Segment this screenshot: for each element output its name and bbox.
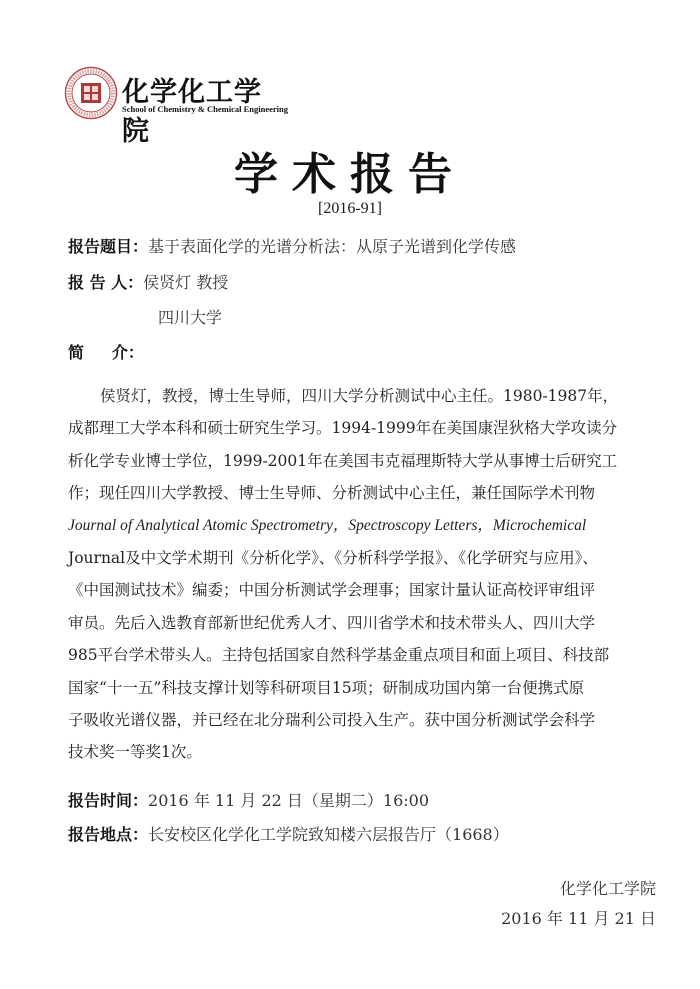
speaker-field: 报 告 人：侯贤灯 教授 bbox=[68, 270, 228, 293]
bio-line: 析化学专业博士学位，1999-2001年在美国韦克福理斯特大学从事博士后研究工 bbox=[68, 445, 636, 477]
topic-label: 报告题目： bbox=[68, 237, 148, 256]
bio-line: 子吸收光谱仪器，并已经在北分瑞利公司投入生产。获中国分析测试学会科学 bbox=[68, 704, 636, 736]
bio-line: 作；现任四川大学教授、博士生导师、分析测试中心主任，兼任国际学术刊物 bbox=[68, 477, 636, 509]
bio-line: Journal及中文学术期刊《分析化学》、《分析科学学报》、《化学研究与应用》、 bbox=[68, 542, 636, 574]
bio-line: 成都理工大学本科和硕士研究生学习。1994-1999年在美国康涅狄格大学攻读分 bbox=[68, 412, 636, 444]
topic-field: 报告题目：基于表面化学的光谱分析法：从原子光谱到化学传感 bbox=[68, 234, 516, 257]
bio-line: 审员。先后入选教育部新世纪优秀人才、四川省学术和技术带头人、四川大学 bbox=[68, 607, 636, 639]
topic-value: 基于表面化学的光谱分析法：从原子光谱到化学传感 bbox=[148, 237, 516, 256]
time-value: 2016 年 11 月 22 日（星期二）16:00 bbox=[148, 791, 429, 810]
bio-paragraph: 侯贤灯，教授，博士生导师，四川大学分析测试中心主任。1980-1987年， 成都… bbox=[68, 380, 636, 769]
school-logo: 化学化工学院 School of Chemistry & Chemical En… bbox=[64, 66, 284, 122]
time-field: 报告时间：2016 年 11 月 22 日（星期二）16:00 bbox=[68, 788, 429, 811]
bio-line: Journal of Analytical Atomic Spectrometr… bbox=[68, 510, 636, 542]
signature-org: 化学化工学院 bbox=[560, 876, 656, 899]
place-value: 长安校区化学化工学院致知楼六层报告厅（1668） bbox=[148, 825, 509, 844]
bio-label: 简 介： bbox=[68, 343, 144, 362]
bio-line: 《中国测试技术》编委；中国分析测试学会理事；国家计量认证高校评审组评 bbox=[68, 574, 636, 606]
bio-line: 国家“十一五”科技支撑计划等科研项目15项；研制成功国内第一台便携式原 bbox=[68, 672, 636, 704]
speaker-value: 侯贤灯 教授 bbox=[143, 273, 228, 292]
bio-line: 技术奖一等奖1次。 bbox=[68, 736, 636, 768]
bio-heading: 简 介： bbox=[68, 340, 144, 363]
speaker-label: 报 告 人： bbox=[68, 273, 143, 292]
school-seal-icon bbox=[64, 66, 118, 120]
bio-line: 侯贤灯，教授，博士生导师，四川大学分析测试中心主任。1980-1987年， bbox=[68, 380, 636, 412]
time-label: 报告时间： bbox=[68, 791, 148, 810]
school-name-en: School of Chemistry & Chemical Engineeri… bbox=[122, 104, 288, 114]
document-number: [2016-91] bbox=[0, 200, 700, 218]
page-title: 学术报告 bbox=[0, 138, 700, 202]
signature-date: 2016 年 11 月 21 日 bbox=[501, 906, 656, 929]
speaker-affiliation: 四川大学 bbox=[158, 305, 222, 328]
place-label: 报告地点： bbox=[68, 825, 148, 844]
place-field: 报告地点：长安校区化学化工学院致知楼六层报告厅（1668） bbox=[68, 822, 509, 845]
bio-line: 985平台学术带头人。主持包括国家自然科学基金重点项目和面上项目、科技部 bbox=[68, 639, 636, 671]
